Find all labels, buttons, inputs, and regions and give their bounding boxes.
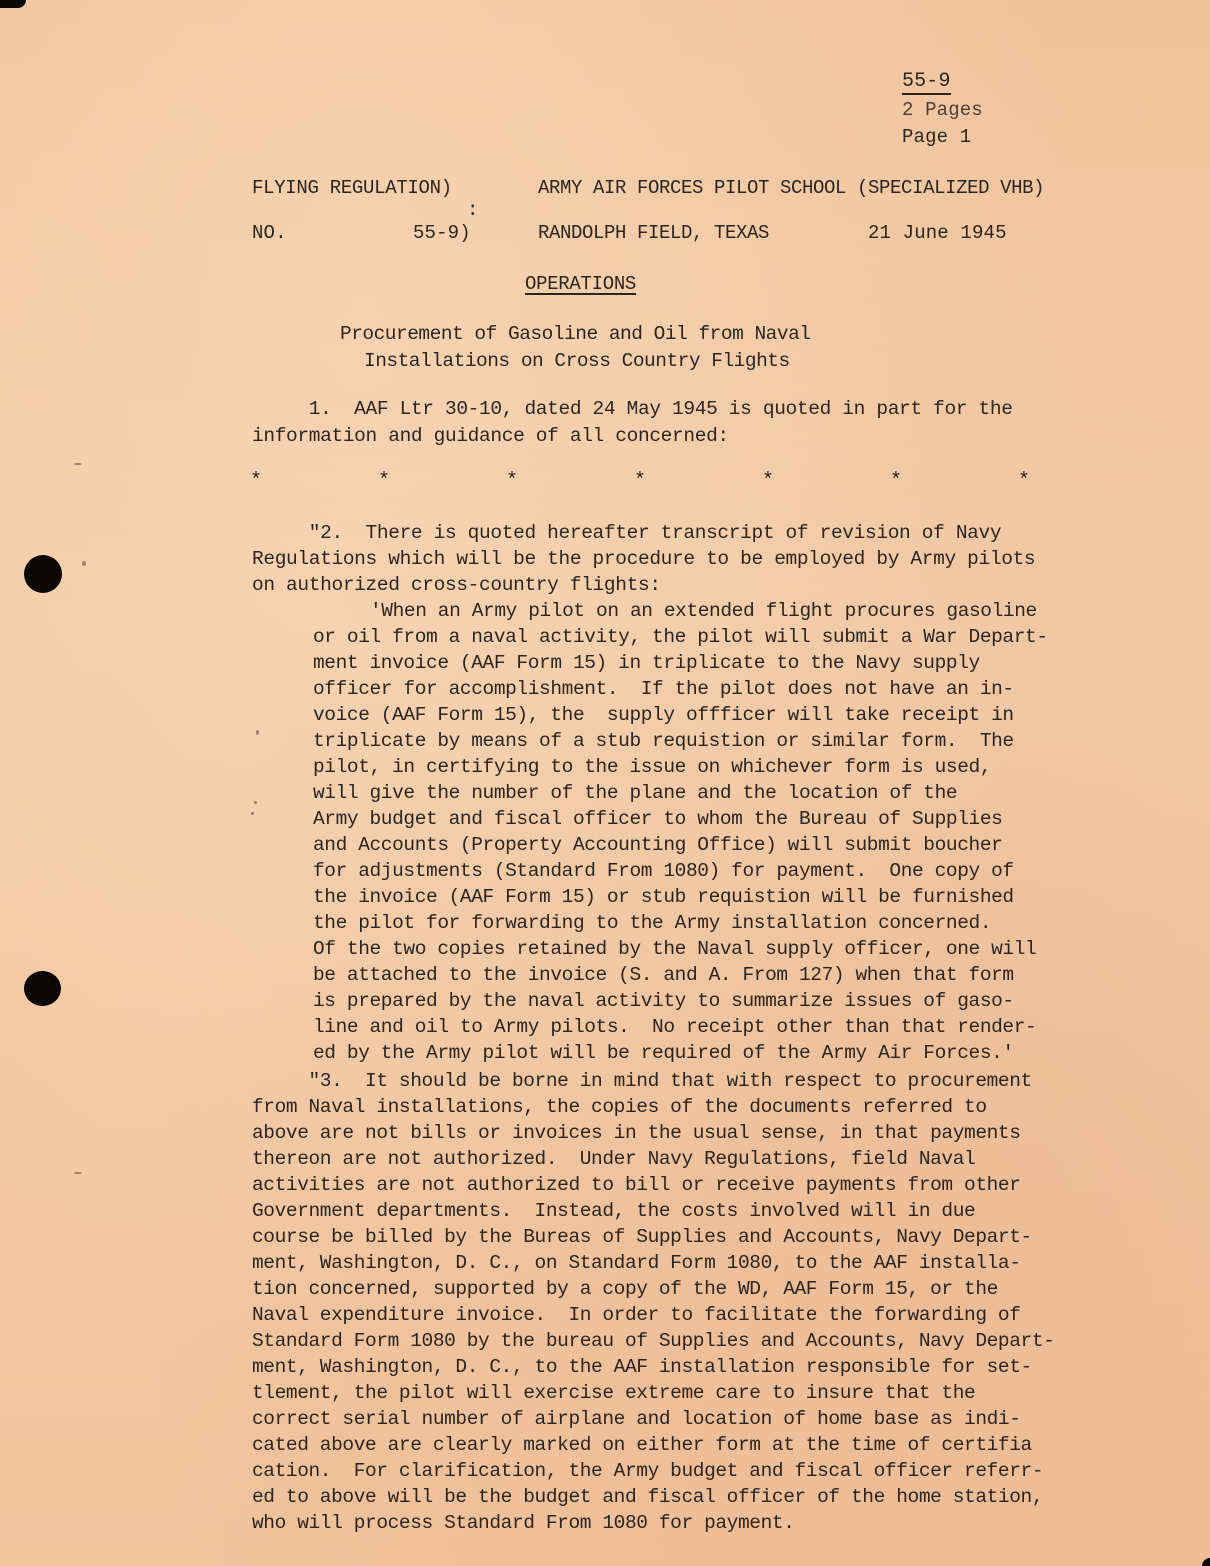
ellipsis-separator: * * * * * * * <box>250 470 1030 493</box>
quote-line: be attached to the invoice (S. and A. Fr… <box>313 964 1014 986</box>
separator-star: * <box>634 470 646 493</box>
scanned-document-page: 55-9 2 Pages Page 1 FLYING REGULATION) :… <box>0 0 1210 1566</box>
section-title: OPERATIONS <box>525 273 636 295</box>
issue-date: 21 June 1945 <box>868 222 1007 244</box>
paragraph-3-line: from Naval installations, the copies of … <box>252 1096 987 1118</box>
issuing-location: RANDOLPH FIELD, TEXAS <box>538 222 769 244</box>
quote-line: Of the two copies retained by the Naval … <box>313 938 1036 960</box>
paragraph-3-line: tion concerned, supported by a copy of t… <box>252 1278 998 1300</box>
quote-line: is prepared by the naval activity to sum… <box>313 990 1014 1012</box>
quote-line: line and oil to Army pilots. No receipt … <box>313 1016 1036 1038</box>
subject-line-1: Procurement of Gasoline and Oil from Nav… <box>340 323 810 345</box>
quote-line: pilot, in certifying to the issue on whi… <box>313 756 991 778</box>
paragraph-3-line: cation. For clarification, the Army budg… <box>252 1460 1043 1482</box>
paragraph-1-line: 1. AAF Ltr 30-10, dated 24 May 1945 is q… <box>252 398 1013 420</box>
punch-hole-top <box>24 555 62 593</box>
paragraph-1-line: information and guidance of all concerne… <box>252 425 729 447</box>
quote-line: Army budget and fiscal officer to whom t… <box>313 808 1002 830</box>
quote-line: ed by the Army pilot will be required of… <box>313 1042 1014 1064</box>
quote-line: will give the number of the plane and th… <box>313 782 957 804</box>
quote-line: ment invoice (AAF Form 15) in triplicate… <box>313 652 980 674</box>
paragraph-3-line: cated above are clearly marked on either… <box>252 1434 1032 1456</box>
paragraph-3-line: activities are not authorized to bill or… <box>252 1174 1021 1196</box>
quote-line: the invoice (AAF Form 15) or stub requis… <box>313 886 1014 908</box>
paragraph-3-line: Naval expenditure invoice. In order to f… <box>252 1304 1021 1326</box>
margin-speck <box>82 561 86 566</box>
top-left-corner-mark <box>0 0 26 8</box>
separator-star: * <box>378 470 390 493</box>
issuing-organization: ARMY AIR FORCES PILOT SCHOOL (SPECIALIZE… <box>538 177 1044 199</box>
heading-colon: : <box>467 199 479 221</box>
paragraph-3-line: who will process Standard From 1080 for … <box>252 1512 795 1534</box>
separator-star: * <box>250 470 262 493</box>
punch-hole-bottom <box>24 971 61 1006</box>
regulation-label: FLYING REGULATION) <box>252 177 452 199</box>
separator-star: * <box>762 470 774 493</box>
regulation-number: 55-9) <box>413 222 471 244</box>
paragraph-3-line: ment, Washington, D. C., on Standard For… <box>252 1252 1021 1274</box>
margin-speck <box>74 1172 82 1174</box>
paragraph-3-line: ment, Washington, D. C., to the AAF inst… <box>252 1356 1032 1378</box>
quote-line: 'When an Army pilot on an extended fligh… <box>370 600 1037 622</box>
margin-speck <box>74 463 82 465</box>
paragraph-3-line: Government departments. Instead, the cos… <box>252 1200 975 1222</box>
paragraph-3-line: ed to above will be the budget and fisca… <box>252 1486 1043 1508</box>
paragraph-3-line: "3. It should be borne in mind that with… <box>252 1070 1032 1092</box>
regulation-no-label: NO. <box>252 222 287 244</box>
paragraph-3-line: thereon are not authorized. Under Navy R… <box>252 1148 975 1170</box>
paragraph-3-line: course be billed by the Bureas of Suppli… <box>252 1226 1032 1248</box>
separator-star: * <box>890 470 902 493</box>
page-count: 2 Pages <box>902 99 983 121</box>
separator-star: * <box>506 470 518 493</box>
margin-speck <box>256 730 259 735</box>
paragraph-3-line: above are not bills or invoices in the u… <box>252 1122 1021 1144</box>
paragraph-2-line: on authorized cross-country flights: <box>252 574 661 596</box>
paragraph-3-line: tlement, the pilot will exercise extreme… <box>252 1382 975 1404</box>
bottom-right-corner-mark <box>1202 1558 1210 1566</box>
reference-number: 55-9 <box>902 72 951 95</box>
quote-line: voice (AAF Form 15), the supply offficer… <box>313 704 1014 726</box>
quote-line: the pilot for forwarding to the Army ins… <box>313 912 991 934</box>
paragraph-3-line: correct serial number of airplane and lo… <box>252 1408 1021 1430</box>
paragraph-2-line: "2. There is quoted hereafter transcript… <box>252 522 1001 544</box>
margin-speck <box>251 812 254 815</box>
quote-line: and Accounts (Property Accounting Office… <box>313 834 1002 856</box>
quote-line: for adjustments (Standard From 1080) for… <box>313 860 1014 882</box>
margin-speck <box>254 801 257 804</box>
paragraph-2-line: Regulations which will be the procedure … <box>252 548 1035 570</box>
quote-line: triplicate by means of a stub requistion… <box>313 730 1014 752</box>
page-number: Page 1 <box>902 126 971 148</box>
separator-star: * <box>1018 470 1030 493</box>
paragraph-3-line: Standard Form 1080 by the bureau of Supp… <box>252 1330 1054 1352</box>
quote-line: or oil from a naval activity, the pilot … <box>313 626 1048 648</box>
quote-line: officer for accomplishment. If the pilot… <box>313 678 1014 700</box>
subject-line-2: Installations on Cross Country Flights <box>364 350 790 372</box>
